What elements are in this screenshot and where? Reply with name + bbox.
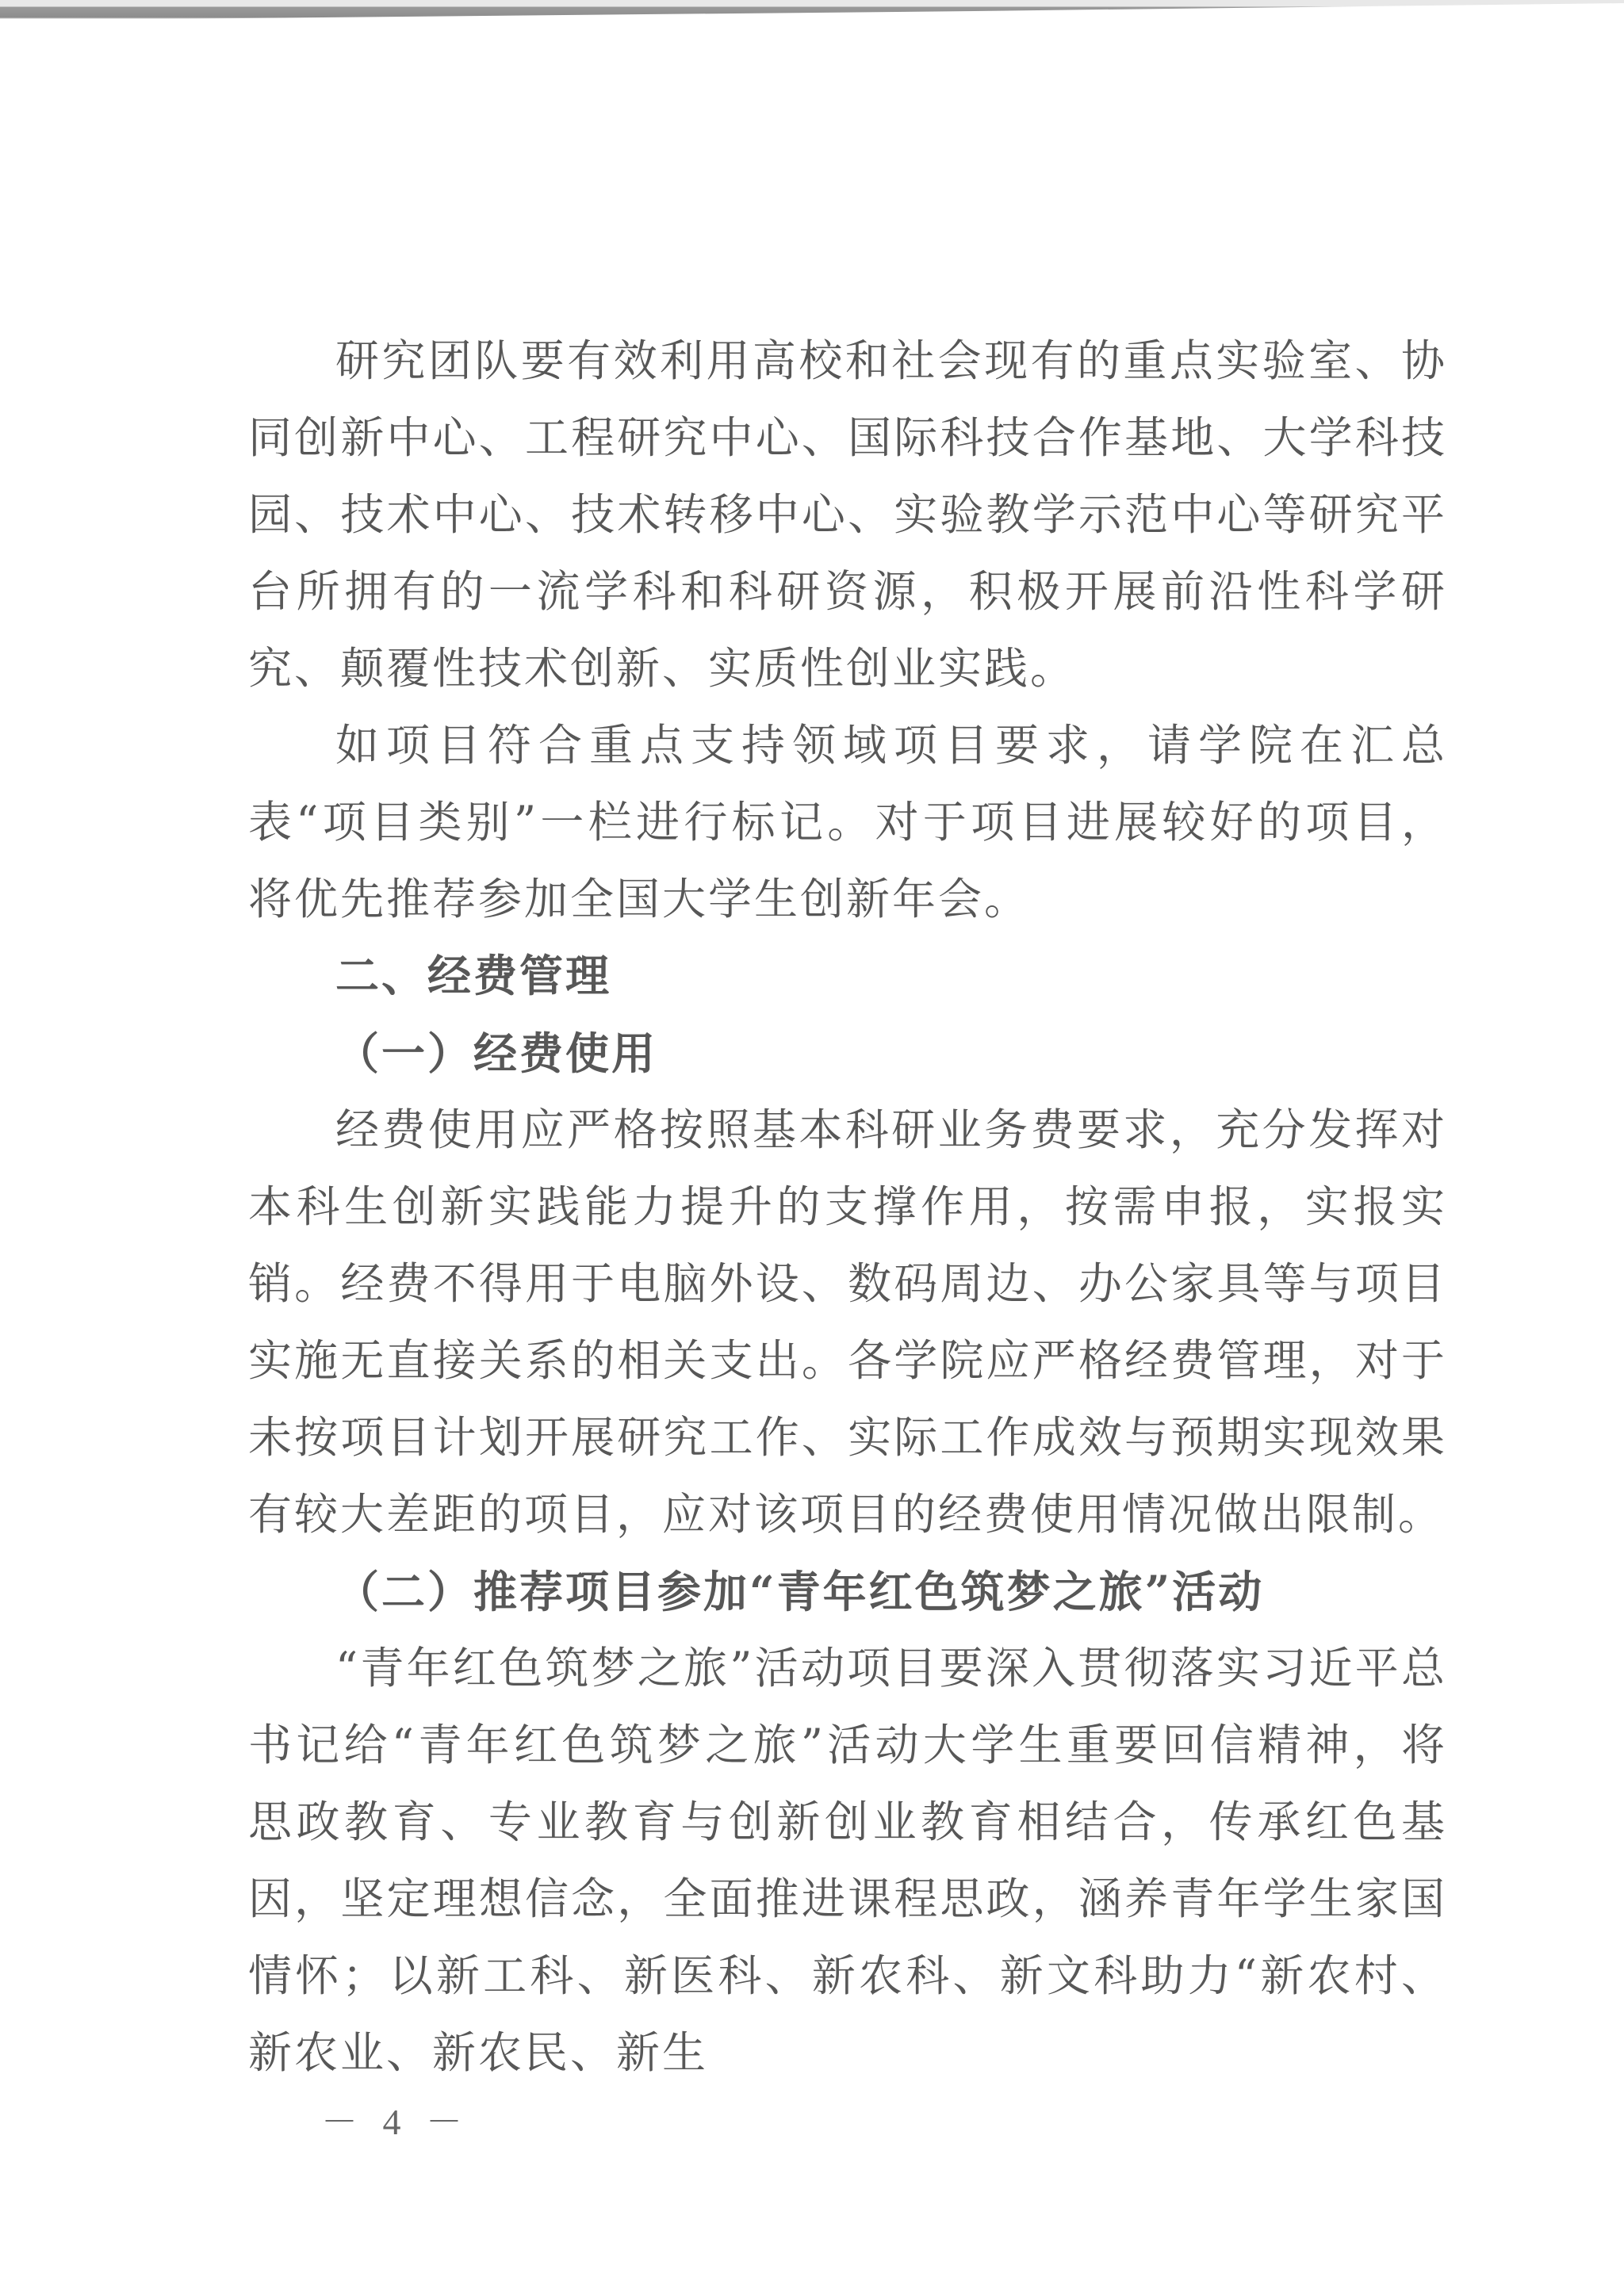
paragraph-red-dream-journey: “青年红色筑梦之旅”活动项目要深入贯彻落实习近平总书记给“青年红色筑梦之旅”活动…: [248, 1630, 1447, 2091]
subsection-heading-red-dream-journey: （二）推荐项目参加“青年红色筑梦之旅”活动: [248, 1553, 1447, 1630]
section-heading-funding-management: 二、经费管理: [248, 938, 1447, 1015]
scan-edge-shadow: [0, 0, 1624, 19]
document-page: 研究团队要有效利用高校和社会现有的重点实验室、协同创新中心、工程研究中心、国际科…: [248, 323, 1447, 2091]
subsection-heading-funding-use: （一）经费使用: [248, 1015, 1447, 1092]
paragraph-key-support-areas: 如项目符合重点支持领域项目要求，请学院在汇总表“项目类别”一栏进行标记。对于项目…: [248, 707, 1447, 938]
paragraph-research-platforms: 研究团队要有效利用高校和社会现有的重点实验室、协同创新中心、工程研究中心、国际科…: [248, 323, 1447, 707]
page-number: － 4 －: [321, 2093, 470, 2145]
paragraph-funding-use: 经费使用应严格按照基本科研业务费要求，充分发挥对本科生创新实践能力提升的支撑作用…: [248, 1092, 1447, 1553]
